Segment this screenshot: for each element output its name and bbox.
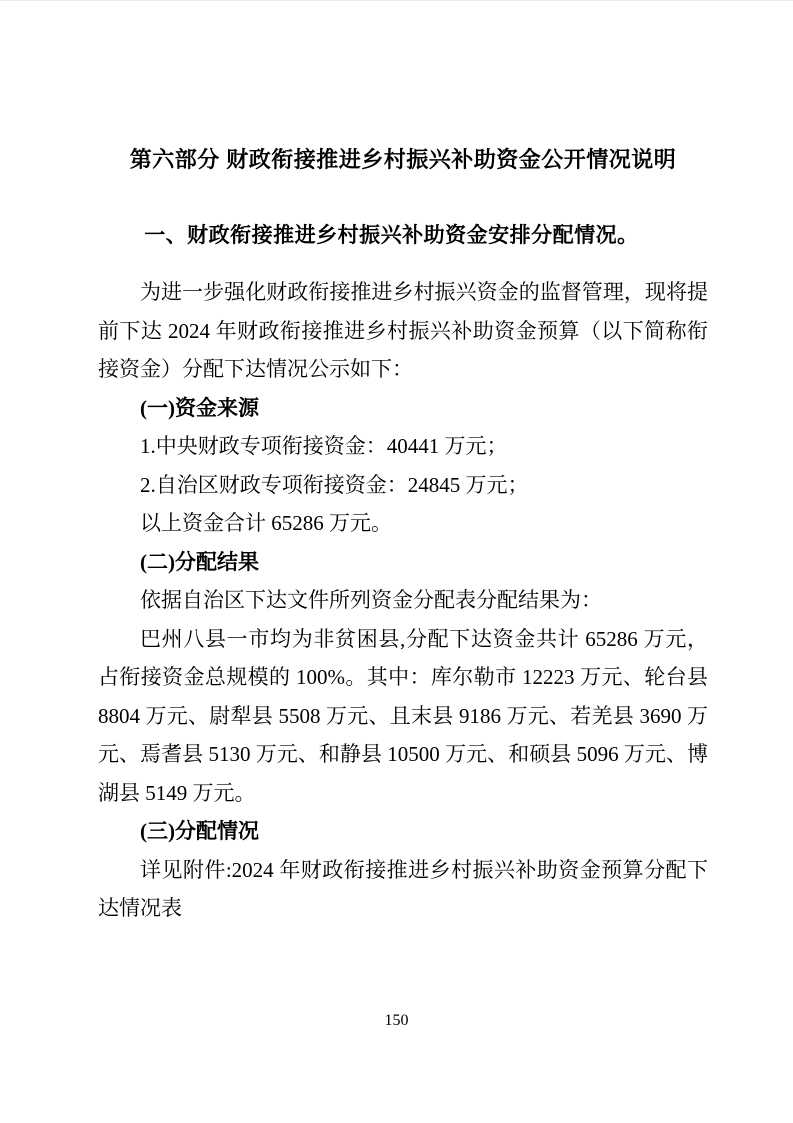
subheading-funding-source: (一)资金来源 (98, 389, 708, 428)
paragraph-attachment-reference: 详见附件:2024 年财政衔接推进乡村振兴补助资金预算分配下达情况表 (98, 851, 708, 928)
section-heading: 一、财政衔接推进乡村振兴补助资金安排分配情况。 (98, 223, 708, 249)
item-regional-funds: 2.自治区财政专项衔接资金：24845 万元； (98, 466, 708, 505)
page-number: 150 (0, 1011, 793, 1031)
paragraph-allocation-detail: 巴州八县一市均为非贫困县,分配下达资金共计 65286 万元，占衔接资金总规模的… (98, 620, 708, 813)
document-page: 第六部分 财政衔接推进乡村振兴补助资金公开情况说明 一、财政衔接推进乡村振兴补助… (0, 0, 793, 1123)
item-total-funds: 以上资金合计 65286 万元。 (98, 504, 708, 543)
subheading-allocation-result: (二)分配结果 (98, 543, 708, 582)
subheading-allocation-situation: (三)分配情况 (98, 812, 708, 851)
document-title: 第六部分 财政衔接推进乡村振兴补助资金公开情况说明 (98, 147, 708, 173)
document-content: 第六部分 财政衔接推进乡村振兴补助资金公开情况说明 一、财政衔接推进乡村振兴补助… (98, 147, 708, 928)
line-allocation-basis: 依据自治区下达文件所列资金分配表分配结果为： (98, 581, 708, 620)
intro-paragraph: 为进一步强化财政衔接推进乡村振兴资金的监督管理，现将提前下达 2024 年财政衔… (98, 273, 708, 389)
document-body: 为进一步强化财政衔接推进乡村振兴资金的监督管理，现将提前下达 2024 年财政衔… (98, 273, 708, 928)
item-central-funds: 1.中央财政专项衔接资金：40441 万元； (98, 427, 708, 466)
